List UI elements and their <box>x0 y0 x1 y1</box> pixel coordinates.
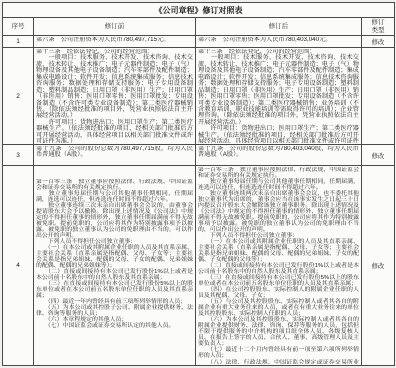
row-2-after: 第十三条 经依法登记，公司的经营范围： 一般项目：技术服务、技术开发、技术咨询、… <box>196 48 362 145</box>
table-row: 2 第十三条 经依法登记，公司的经营范围： 一般项目：技术服务、技术开发、技术咨… <box>3 48 395 145</box>
row-4-after: 第一百零三条 独立董事应按照法律、行政法规、中国证监会和证券交易所的有关规定执行… <box>196 166 362 366</box>
row-3-after-text: 第十九条 公司的股份总数为780,403,040股，均为人民币普通股（A股）。 <box>198 146 359 159</box>
column-header-after: 修订后 <box>196 18 362 36</box>
row-3-before: 第十九条 公司的股份总数为780,497,715股，均为人民币普通股（A股）。 <box>34 145 196 166</box>
row-1-before: 第六条 公司注册资本为人民币780,497,715元。 <box>34 36 196 48</box>
row-1-after: 第六条 公司注册资本为人民币780,403,040元。 <box>196 36 362 48</box>
header-row: 序号 修订前 修订后 修订 类型 <box>3 18 395 36</box>
column-header-num: 序号 <box>3 18 34 36</box>
row-4-num: 4 <box>3 166 34 366</box>
row-3-before-text: 第十九条 公司的股份总数为780,497,715股，均为人民币普通股（A股）。 <box>36 146 193 159</box>
row-1-before-text: 第六条 公司注册资本为人民币780,497,715元。 <box>36 37 193 43</box>
row-1-type: 修改 <box>362 36 395 48</box>
row-3-type: 修改 <box>362 145 395 166</box>
column-header-before: 修订前 <box>34 18 196 36</box>
row-1-after-text: 第六条 公司注册资本为人民币780,403,040元。 <box>198 37 359 43</box>
table-row: 3 第十九条 公司的股份总数为780,497,715股，均为人民币普通股（A股）… <box>3 145 395 166</box>
document-title: 《公司章程》修订对照表 <box>3 3 395 18</box>
row-2-after-text: 第十三条 经依法登记，公司的经营范围： 一般项目：技术服务、技术开发、技术咨询、… <box>198 49 359 143</box>
row-1-num: 1 <box>3 36 34 48</box>
row-4-type: 修改 <box>362 166 395 366</box>
table-row: 4 第一百零三条 独立董事应按照法律、行政法规、中国证监会和证券交易所的有关规定… <box>3 166 395 366</box>
title-row: 《公司章程》修订对照表 <box>3 3 395 18</box>
revision-comparison-table: 《公司章程》修订对照表 序号 修订前 修订后 修订 类型 1 第六条 公司注册资… <box>2 2 395 366</box>
row-2-num: 2 <box>3 48 34 145</box>
row-3-num: 3 <box>3 145 34 166</box>
row-4-after-text: 第一百零三条 独立董事应按照法律、行政法规、中国证监会和证券交易所的有关规定执行… <box>198 167 359 364</box>
row-4-before: 第一百零三条 独立董事应按照法律、行政法规、中国证监会和证券交易所的有关规定执行… <box>34 166 196 366</box>
row-3-after: 第十九条 公司的股份总数为780,403,040股，均为人民币普通股（A股）。 <box>196 145 362 166</box>
row-2-before-text: 第十三条 经依法登记，公司的经营范围： 一般项目：技术服务、技术开发、技术咨询、… <box>36 49 193 143</box>
table-row: 1 第六条 公司注册资本为人民币780,497,715元。 第六条 公司注册资本… <box>3 36 395 48</box>
document-sheet: 《公司章程》修订对照表 序号 修订前 修订后 修订 类型 1 第六条 公司注册资… <box>2 0 394 366</box>
column-header-type: 修订 类型 <box>362 18 395 36</box>
row-2-before: 第十三条 经依法登记，公司的经营范围： 一般项目：技术服务、技术开发、技术咨询、… <box>34 48 196 145</box>
row-4-before-text: 第一百零三条 独立董事应按照法律、行政法规、中国证监会和证券交易所的有关规定执行… <box>36 179 193 329</box>
row-2-type <box>362 48 395 145</box>
